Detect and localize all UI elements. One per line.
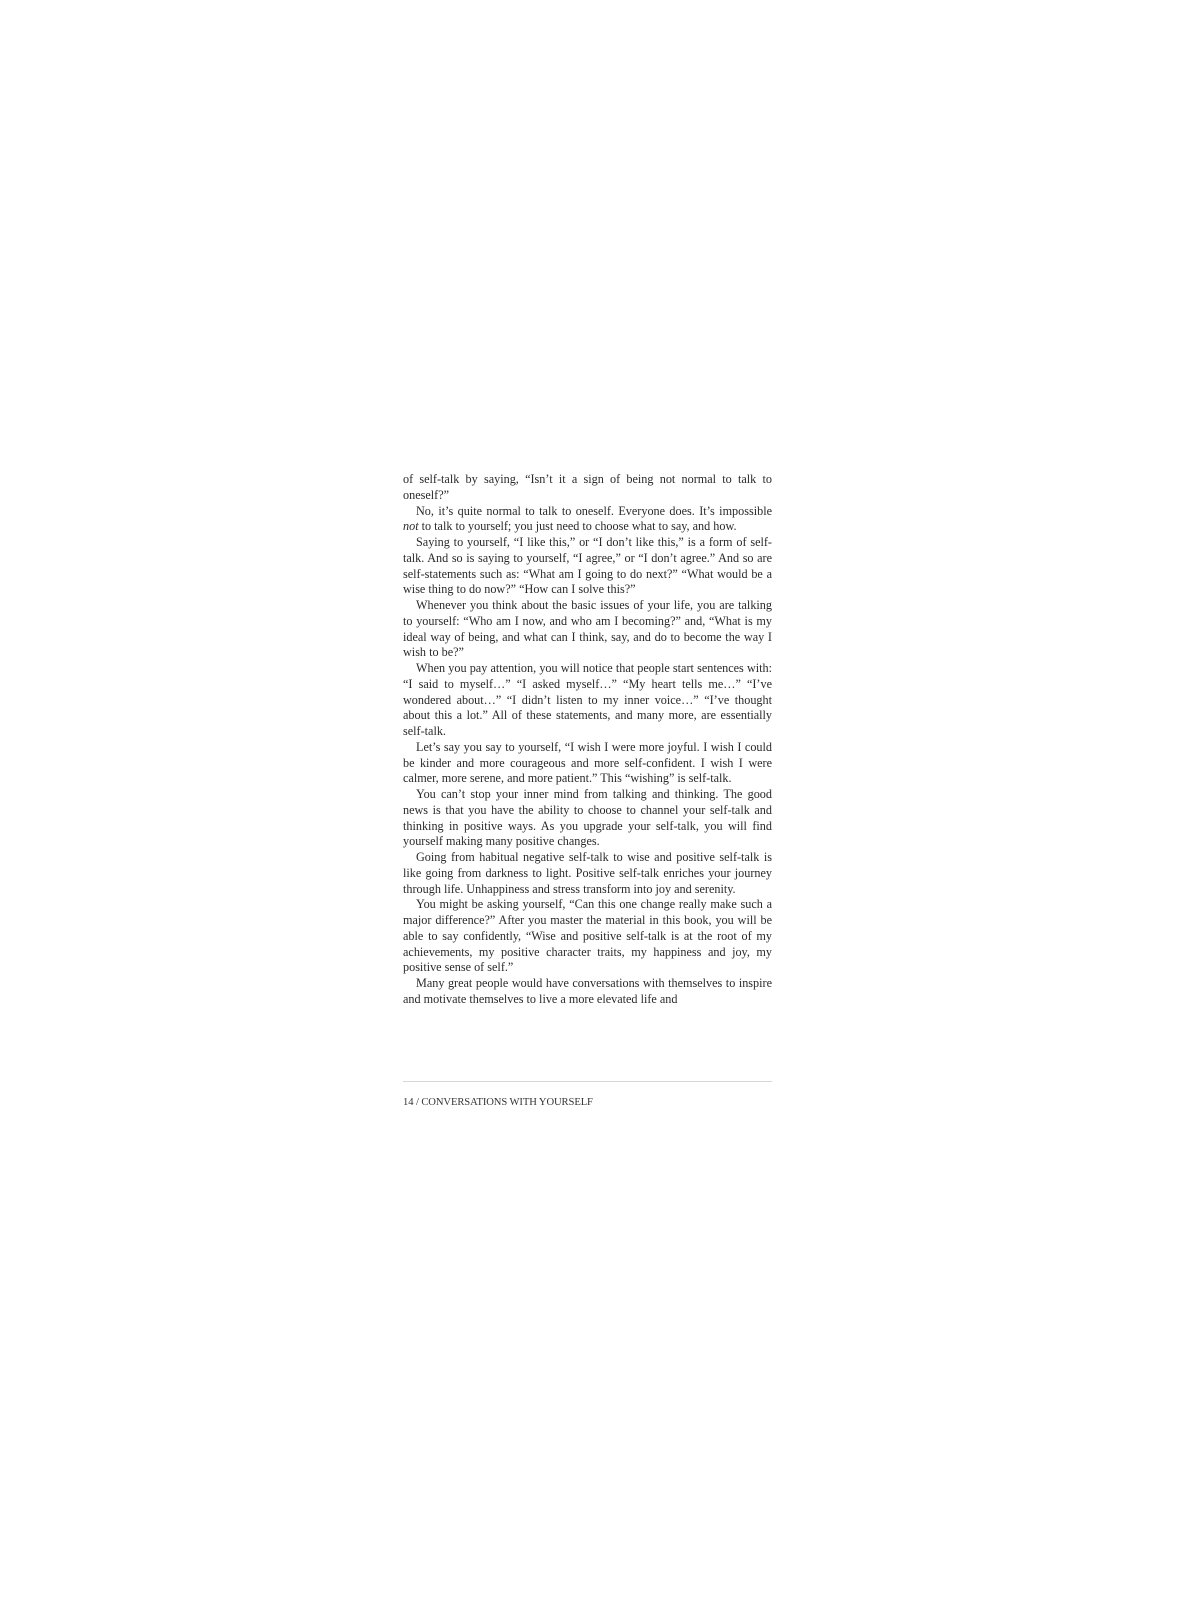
paragraph: Whenever you think about the basic issue… (403, 598, 772, 661)
page-body: of self-talk by saying, “Isn’t it a sign… (403, 472, 772, 1008)
paragraph: You can’t stop your inner mind from talk… (403, 787, 772, 850)
paragraph: of self-talk by saying, “Isn’t it a sign… (403, 472, 772, 504)
footer-rule (403, 1081, 772, 1082)
emphasis-text: not (403, 519, 419, 533)
paragraph-text: Whenever you think about the basic issue… (403, 598, 772, 659)
paragraph-text: to talk to yourself; you just need to ch… (419, 519, 737, 533)
paragraph: Going from habitual negative self-talk t… (403, 850, 772, 897)
paragraph-text: You can’t stop your inner mind from talk… (403, 787, 772, 848)
paragraph: Many great people would have conversatio… (403, 976, 772, 1008)
paragraph-text: When you pay attention, you will notice … (403, 661, 772, 738)
paragraph-text: You might be asking yourself, “Can this … (403, 897, 772, 974)
page-footer: 14 / CONVERSATIONS WITH YOURSELF (403, 1094, 772, 1110)
paragraph-text: Let’s say you say to yourself, “I wish I… (403, 740, 772, 786)
paragraph: Saying to yourself, “I like this,” or “I… (403, 535, 772, 598)
paragraph-text: Saying to yourself, “I like this,” or “I… (403, 535, 772, 596)
paragraph: When you pay attention, you will notice … (403, 661, 772, 740)
paragraph-text: Many great people would have conversatio… (403, 976, 772, 1006)
paragraph: Let’s say you say to yourself, “I wish I… (403, 740, 772, 787)
paragraph-text: Going from habitual negative self-talk t… (403, 850, 772, 896)
paragraph: No, it’s quite normal to talk to oneself… (403, 504, 772, 536)
paragraph-text: No, it’s quite normal to talk to oneself… (416, 504, 772, 518)
running-footer-label: 14 / CONVERSATIONS WITH YOURSELF (403, 1097, 593, 1108)
paragraph: You might be asking yourself, “Can this … (403, 897, 772, 976)
paragraph-text: of self-talk by saying, “Isn’t it a sign… (403, 472, 772, 502)
